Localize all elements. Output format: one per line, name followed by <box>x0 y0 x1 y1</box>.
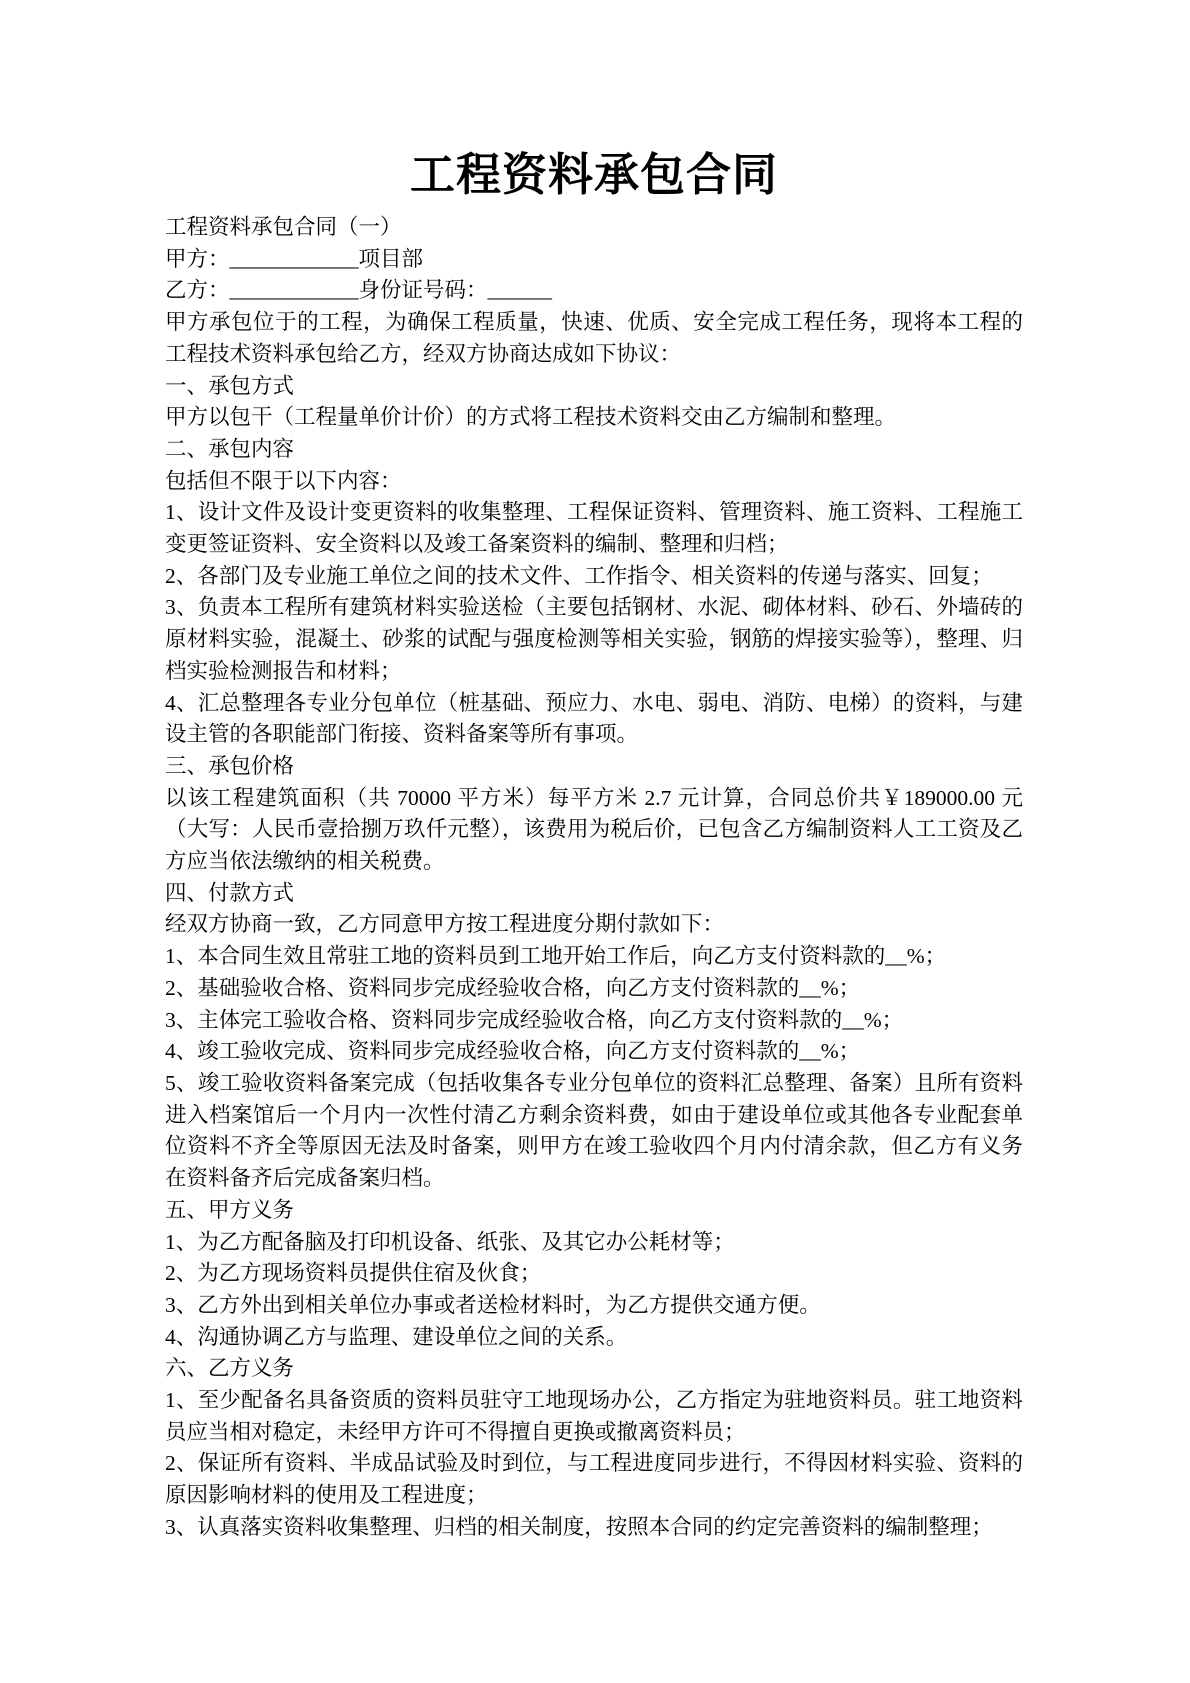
section-5-item-4: 4、沟通协调乙方与监理、建设单位之间的关系。 <box>165 1322 1023 1354</box>
document-subtitle: 工程资料承包合同（一） <box>165 212 1023 244</box>
section-5-item-3: 3、乙方外出到相关单位办事或者送检材料时，为乙方提供交通方便。 <box>165 1290 1023 1322</box>
section-2-intro: 包括但不限于以下内容： <box>165 466 1023 498</box>
section-6-item-2: 2、保证所有资料、半成品试验及时到位，与工程进度同步进行，不得因材料实验、资料的… <box>165 1448 1023 1511</box>
section-6-heading: 六、乙方义务 <box>165 1353 1023 1385</box>
section-5-item-1: 1、为乙方配备脑及打印机设备、纸张、及其它办公耗材等； <box>165 1227 1023 1259</box>
section-4-intro: 经双方协商一致，乙方同意甲方按工程进度分期付款如下： <box>165 909 1023 941</box>
section-3-heading: 三、承包价格 <box>165 751 1023 783</box>
section-4-item-2: 2、基础验收合格、资料同步完成经验收合格，向乙方支付资料款的__%； <box>165 973 1023 1005</box>
document-body: 工程资料承包合同（一） 甲方：____________项目部 乙方：______… <box>165 212 1023 1544</box>
section-6-item-3: 3、认真落实资料收集整理、归档的相关制度，按照本合同的约定完善资料的编制整理； <box>165 1512 1023 1544</box>
party-b-line: 乙方：____________身份证号码：______ <box>165 275 1023 307</box>
preamble: 甲方承包位于的工程，为确保工程质量，快速、优质、安全完成工程任务，现将本工程的工… <box>165 307 1023 370</box>
section-4-item-3: 3、主体完工验收合格、资料同步完成经验收合格，向乙方支付资料款的__%； <box>165 1005 1023 1037</box>
section-4-item-4: 4、竣工验收完成、资料同步完成经验收合格，向乙方支付资料款的__%； <box>165 1036 1023 1068</box>
document-title: 工程资料承包合同 <box>165 148 1023 202</box>
party-a-line: 甲方：____________项目部 <box>165 244 1023 276</box>
section-4-item-1: 1、本合同生效且常驻工地的资料员到工地开始工作后，向乙方支付资料款的__%； <box>165 941 1023 973</box>
section-1-heading: 一、承包方式 <box>165 371 1023 403</box>
section-4-heading: 四、付款方式 <box>165 878 1023 910</box>
section-5-item-2: 2、为乙方现场资料员提供住宿及伙食； <box>165 1258 1023 1290</box>
section-2-item-3: 3、负责本工程所有建筑材料实验送检（主要包括钢材、水泥、砌体材料、砂石、外墙砖的… <box>165 592 1023 687</box>
section-3-body: 以该工程建筑面积（共 70000 平方米）每平方米 2.7 元计算，合同总价共￥… <box>165 783 1023 878</box>
section-2-item-1: 1、设计文件及设计变更资料的收集整理、工程保证资料、管理资料、施工资料、工程施工… <box>165 497 1023 560</box>
section-2-heading: 二、承包内容 <box>165 434 1023 466</box>
section-2-item-4: 4、汇总整理各专业分包单位（桩基础、预应力、水电、弱电、消防、电梯）的资料，与建… <box>165 688 1023 751</box>
section-1-body: 甲方以包干（工程量单价计价）的方式将工程技术资料交由乙方编制和整理。 <box>165 402 1023 434</box>
section-4-item-5: 5、竣工验收资料备案完成（包括收集各专业分包单位的资料汇总整理、备案）且所有资料… <box>165 1068 1023 1195</box>
contract-document-page: 工程资料承包合同 工程资料承包合同（一） 甲方：____________项目部 … <box>0 0 1190 1683</box>
section-5-heading: 五、甲方义务 <box>165 1195 1023 1227</box>
section-2-item-2: 2、各部门及专业施工单位之间的技术文件、工作指令、相关资料的传递与落实、回复； <box>165 561 1023 593</box>
section-6-item-1: 1、至少配备名具备资质的资料员驻守工地现场办公，乙方指定为驻地资料员。驻工地资料… <box>165 1385 1023 1448</box>
